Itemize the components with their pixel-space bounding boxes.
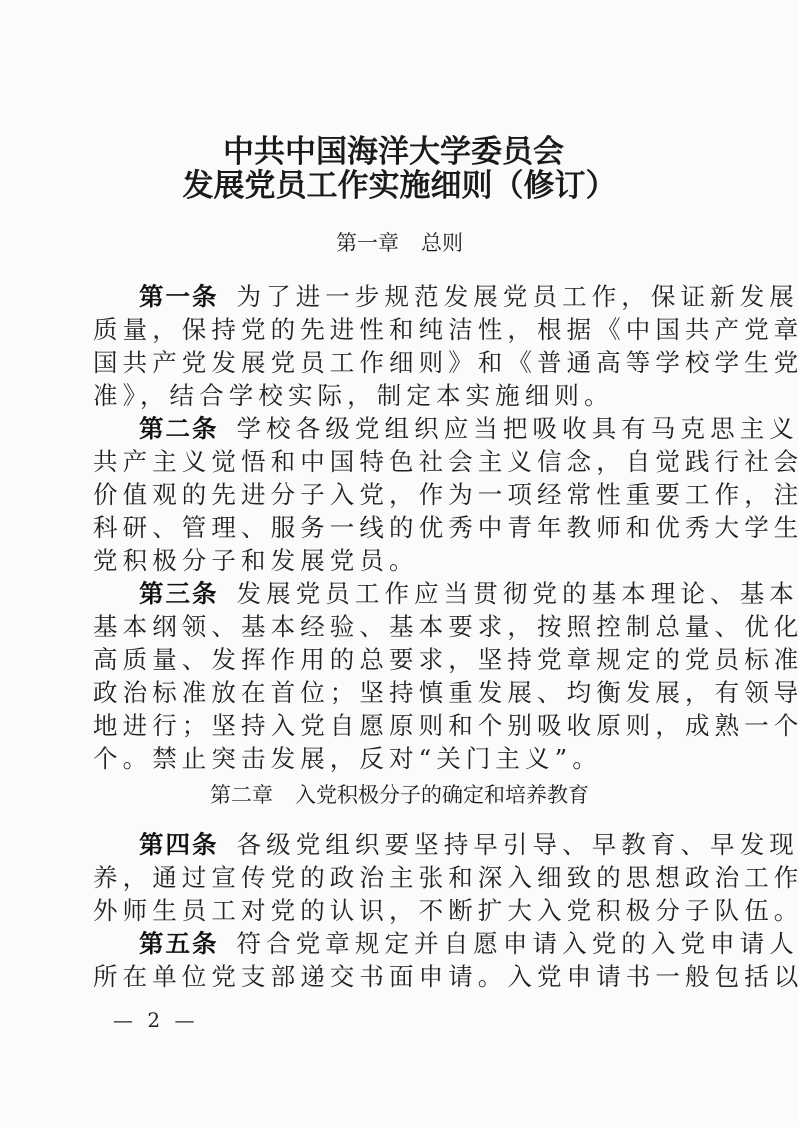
article-text-line: 党积极分子和发展党员。 bbox=[93, 544, 693, 577]
article-label: 第五条 bbox=[139, 929, 219, 958]
article-text-line: 高质量、发挥作用的总要求，坚持党章规定的党员标准，始终把 bbox=[93, 643, 693, 676]
chapter-number: 第一章 bbox=[336, 231, 399, 255]
article-text-line: 价值观的先进分子入党，作为一项经常性重要工作，注重在教学、 bbox=[93, 478, 693, 511]
article-text-line: 政治标准放在首位；坚持慎重发展、均衡发展，有领导、有计划 bbox=[93, 676, 693, 709]
article-5: 第五条符合党章规定并自愿申请入党的入党申请人须向 所在单位党支部递交书面申请。入… bbox=[93, 927, 693, 993]
document-title-line-2: 发展党员工作实施细则（修订） bbox=[0, 169, 799, 203]
article-text-line: 学校各级党组织应当把吸收具有马克思主义信仰、 bbox=[237, 414, 799, 443]
article-3: 第三条发展党员工作应当贯彻党的基本理论、基本路线、 基本纲领、基本经验、基本要求… bbox=[93, 577, 693, 775]
chapter-title: 入党积极分子的确定和培养教育 bbox=[295, 783, 589, 807]
article-label: 第三条 bbox=[139, 579, 219, 608]
article-text-line: 科研、管理、服务一线的优秀中青年教师和优秀大学生中培养入 bbox=[93, 511, 693, 544]
article-text-line: 为了进一步规范发展党员工作，保证新发展党员的 bbox=[237, 282, 799, 311]
article-text-line: 基本纲领、基本经验、基本要求，按照控制总量、优化结构、提 bbox=[93, 610, 693, 643]
article-text-line: 各级党组织要坚持早引导、早教育、早发现、早培 bbox=[237, 830, 799, 859]
article-text-line: 质量，保持党的先进性和纯洁性，根据《中国共产党章程》《中 bbox=[93, 313, 693, 346]
article-label: 第二条 bbox=[139, 414, 219, 443]
article-text-line: 外师生员工对党的认识，不断扩大入党积极分子队伍。 bbox=[93, 894, 693, 927]
article-text-line: 符合党章规定并自愿申请入党的入党申请人须向 bbox=[237, 929, 799, 958]
chapter-title: 总则 bbox=[421, 231, 463, 255]
chapter-heading-2: 第二章入党积极分子的确定和培养教育 bbox=[0, 782, 799, 808]
document-page: 中共中国海洋大学委员会 发展党员工作实施细则（修订） 第一章总则 第一条为了进一… bbox=[0, 0, 799, 1127]
article-text-line: 准》，结合学校实际，制定本实施细则。 bbox=[93, 379, 693, 412]
article-label: 第一条 bbox=[139, 282, 219, 311]
article-text-line: 养，通过宣传党的政治主张和深入细致的思想政治工作，提高党 bbox=[93, 861, 693, 894]
article-2: 第二条学校各级党组织应当把吸收具有马克思主义信仰、 共产主义觉悟和中国特色社会主… bbox=[93, 412, 693, 577]
chapter-number: 第二章 bbox=[210, 783, 273, 807]
article-text-line: 个。禁止突击发展，反对“关门主义”。 bbox=[93, 742, 693, 775]
chapter-heading-1: 第一章总则 bbox=[0, 230, 799, 256]
page-number: — 2 — bbox=[113, 1007, 198, 1033]
document-title-line-1: 中共中国海洋大学委员会 bbox=[0, 135, 793, 169]
article-4: 第四条各级党组织要坚持早引导、早教育、早发现、早培 养，通过宣传党的政治主张和深… bbox=[93, 828, 693, 927]
article-text-line: 共产主义觉悟和中国特色社会主义信念，自觉践行社会主义核心 bbox=[93, 445, 693, 478]
article-text-line: 所在单位党支部递交书面申请。入党申请书一般包括以下基本内 bbox=[93, 960, 693, 993]
article-text-line: 发展党员工作应当贯彻党的基本理论、基本路线、 bbox=[237, 579, 799, 608]
article-text-line: 国共产党发展党员工作细则》和《普通高等学校学生党建工作标 bbox=[93, 346, 693, 379]
article-label: 第四条 bbox=[139, 830, 219, 859]
article-text-line: 地进行；坚持入党自愿原则和个别吸收原则，成熟一个，发展一 bbox=[93, 709, 693, 742]
article-1: 第一条为了进一步规范发展党员工作，保证新发展党员的 质量，保持党的先进性和纯洁性… bbox=[93, 280, 693, 412]
